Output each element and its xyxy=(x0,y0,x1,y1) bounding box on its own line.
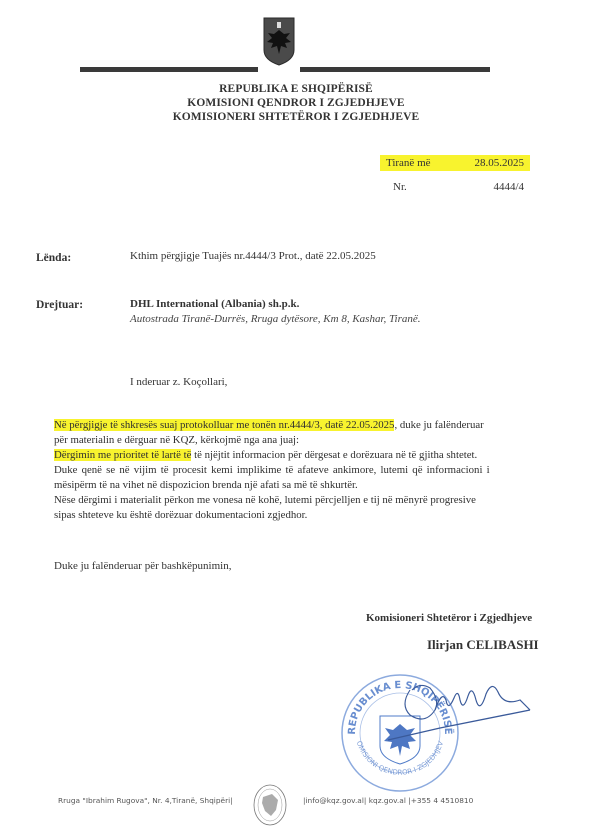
footer-contact: |info@kqz.gov.al| kqz.gov.al |+355 4 451… xyxy=(303,796,473,805)
body-line-4: Duke qenë se në vijim të procesit kemi i… xyxy=(54,464,490,476)
closing-text: Duke ju falënderuar për bashkëpunimin, xyxy=(54,560,231,572)
header-commissioner: KOMISIONERI SHTETËROR I ZGJEDHJEVE xyxy=(0,111,592,123)
subject-text: Kthim përgjigje Tuajës nr.4444/3 Prot., … xyxy=(130,250,376,262)
subject-label: Lënda: xyxy=(36,252,71,264)
kqz-seal-icon xyxy=(252,783,288,827)
body-line-3: Dërgimin me prioritet të lartë të të një… xyxy=(54,449,477,461)
handwritten-signature xyxy=(380,670,560,750)
body-line-6: Nëse dërgimi i materialit përkon me vone… xyxy=(54,494,476,506)
highlighted-text: Në përgjigje të shkresës suaj protokollu… xyxy=(54,419,394,431)
document-number: 4444/4 xyxy=(444,181,524,193)
addressee-label: Drejtuar: xyxy=(36,299,83,311)
body-line-2: për materialin e dërguar në KQZ, kërkojm… xyxy=(54,434,299,446)
addressee-address: Autostrada Tiranë-Durrës, Rruga dytësore… xyxy=(130,313,421,325)
signatory-title: Komisioneri Shtetëror i Zgjedhjeve xyxy=(366,612,532,624)
header-rule-right xyxy=(300,67,490,72)
place-label: Tiranë më xyxy=(386,157,431,169)
signatory-name: Ilirjan CELIBASHI xyxy=(427,637,539,653)
header-commission: KOMISIONI QENDROR I ZGJEDHJEVE xyxy=(0,97,592,109)
header-rule-left xyxy=(80,67,258,72)
body-line-7: sipas shteteve ku është dorëzuar dokumen… xyxy=(54,509,307,521)
highlighted-text: Dërgimin me prioritet të lartë të xyxy=(54,449,191,461)
header-republic: REPUBLIKA E SHQIPËRISË xyxy=(0,83,592,95)
salutation: I nderuar z. Koçollari, xyxy=(130,376,227,388)
document-date: 28.05.2025 xyxy=(444,157,524,169)
body-line-1: Në përgjigje të shkresës suaj protokollu… xyxy=(54,419,484,431)
albanian-coat-of-arms-icon xyxy=(262,16,296,66)
addressee-name: DHL International (Albania) sh.p.k. xyxy=(130,298,299,310)
nr-label: Nr. xyxy=(393,181,407,193)
body-line-5: mësipërm të na vihet në dispozicion bren… xyxy=(54,479,358,491)
footer-address: Rruga "Ibrahim Rugova", Nr. 4,Tiranë, Sh… xyxy=(58,796,233,805)
